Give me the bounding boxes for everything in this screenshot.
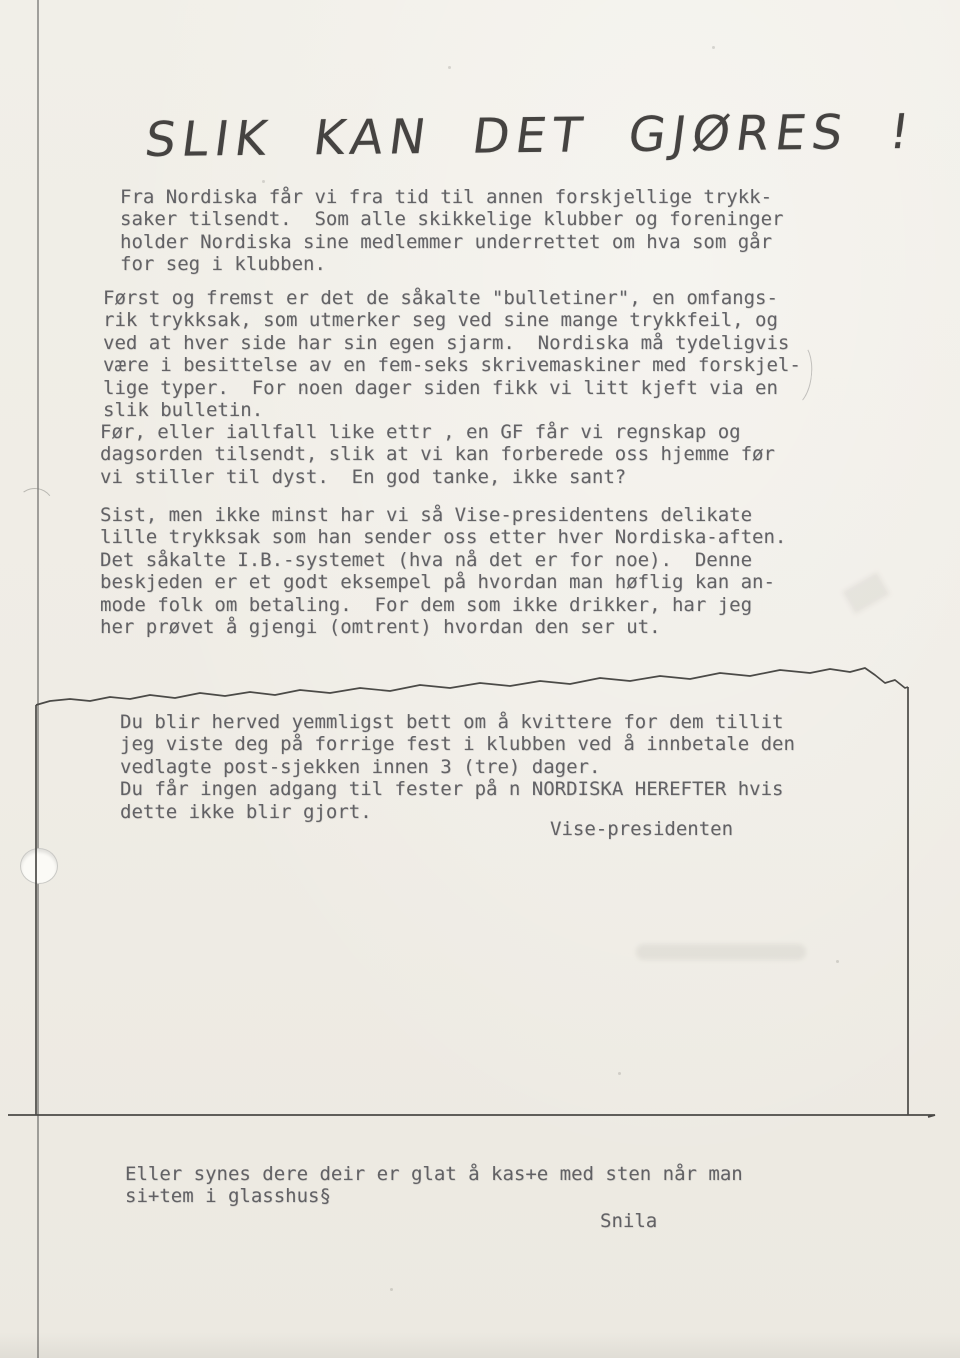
- paragraph-bulletiner: Først og fremst er det de såkalte "bulle…: [103, 287, 801, 421]
- scan-speck: [836, 960, 839, 963]
- paragraph-intro: Fra Nordiska får vi fra tid til annen fo…: [120, 186, 783, 276]
- scan-speck: [448, 66, 451, 69]
- page-title: SLIK KAN DET GJØRES !: [142, 104, 919, 168]
- box-body-text: Du blir herved yemmligst bett om å kvitt…: [120, 711, 795, 823]
- scan-speck: [390, 1288, 393, 1291]
- closing-remark: Eller synes dere deir er glat å kas+e me…: [125, 1163, 743, 1208]
- box-signature: Vise-presidenten: [550, 818, 733, 840]
- scan-speck: [712, 46, 715, 49]
- scan-speck: [300, 388, 303, 391]
- scanned-document-page: { "doc": { "title": "SLIK KAN DET GJØRES…: [0, 0, 960, 1358]
- paragraph-vise-president: Sist, men ikke minst har vi så Vise-pres…: [100, 504, 786, 638]
- scan-shadow: [0, 1332, 960, 1358]
- paragraph-regnskap: Før, eller iallfall like ettr , en GF få…: [100, 421, 775, 488]
- closing-signature: Snila: [600, 1210, 657, 1232]
- scan-speck: [262, 180, 265, 183]
- scan-speck: [618, 1072, 621, 1075]
- pencil-smudge: [636, 944, 806, 960]
